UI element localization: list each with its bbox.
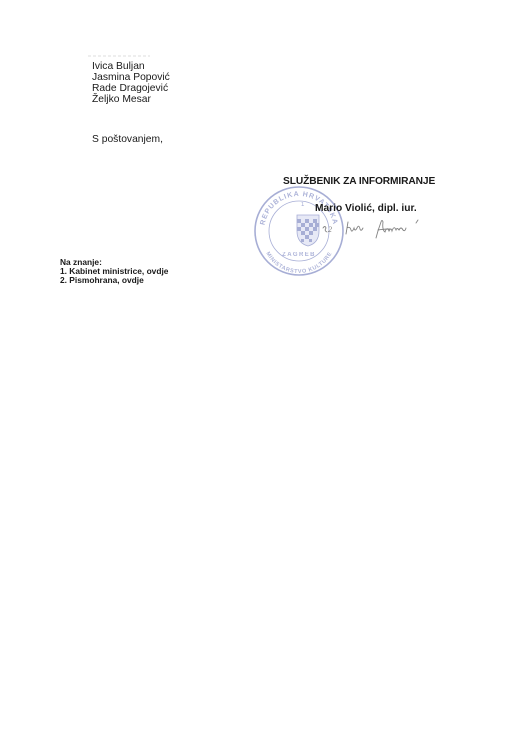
document-page: Ivica Buljan Jasmina Popović Rade Dragoj… — [0, 0, 519, 734]
cc-block: Na znanje: 1. Kabinet ministrice, ovdje … — [60, 258, 168, 285]
signatory-title: SLUŽBENIK ZA INFORMIRANJE — [283, 176, 435, 187]
recipient: Jasmina Popović — [92, 72, 170, 83]
recipient: Rade Dragojević — [92, 83, 170, 94]
recipient: Željko Mesar — [92, 94, 170, 105]
cut-off-text-trace — [88, 55, 150, 57]
recipient: Ivica Buljan — [92, 61, 170, 72]
handwritten-signature-icon: 2 — [320, 214, 430, 244]
signatory-name: Mario Violić, dipl. iur. — [315, 203, 417, 214]
svg-text:1: 1 — [301, 202, 305, 208]
svg-text:ZAGREB: ZAGREB — [282, 252, 316, 258]
svg-text:2: 2 — [328, 225, 332, 234]
cc-item: 2. Pismohrana, ovdje — [60, 276, 168, 285]
closing-salutation: S poštovanjem, — [92, 134, 163, 145]
recipient-list: Ivica Buljan Jasmina Popović Rade Dragoj… — [92, 61, 170, 105]
